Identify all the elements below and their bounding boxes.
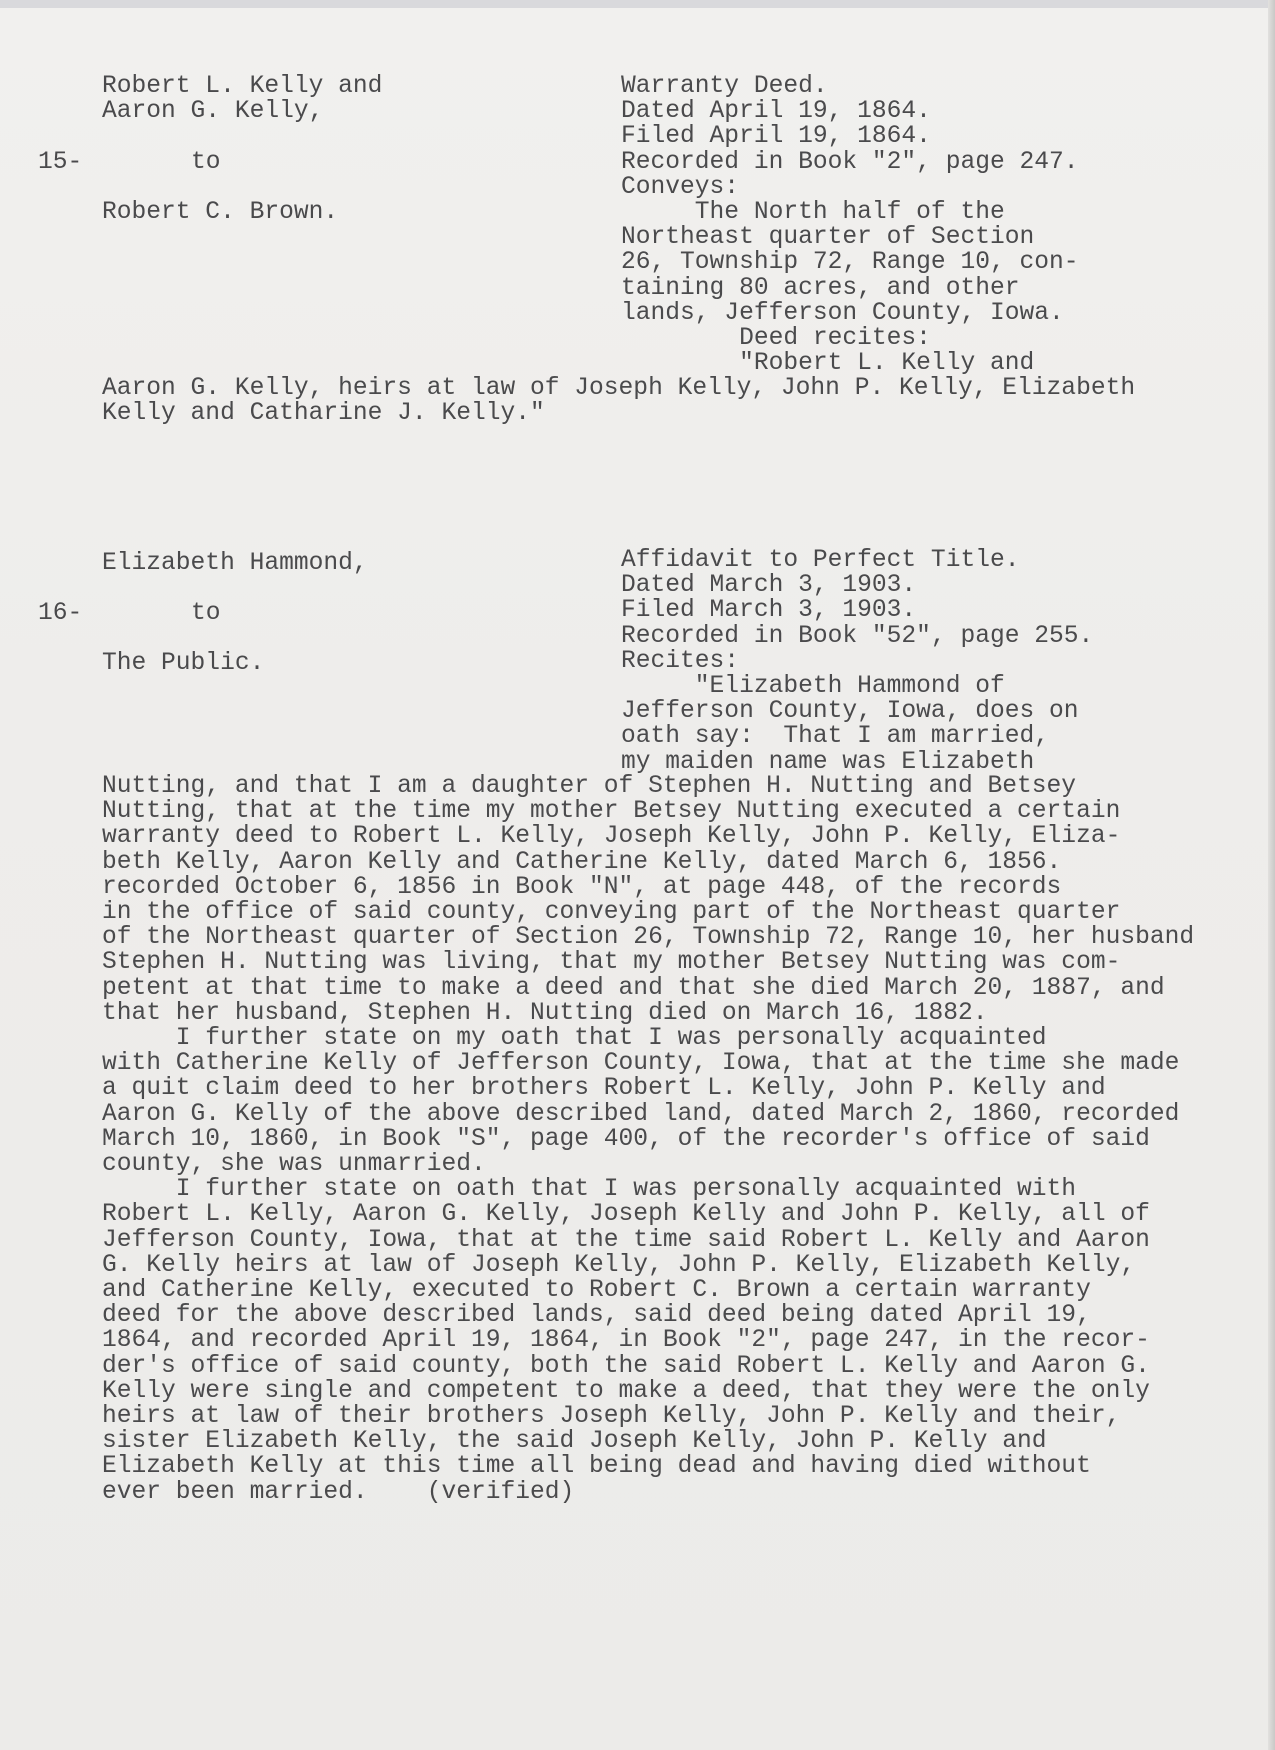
text-line: that her husband, Stephen H. Nutting die…	[102, 1001, 1194, 1026]
entry-number: 15-	[38, 150, 82, 175]
instrument-details: Warranty Deed.Dated April 19, 1864.Filed…	[621, 74, 1079, 376]
grantee: Robert C. Brown.	[102, 200, 338, 225]
text-line: Jefferson County, Iowa, does on	[621, 699, 1093, 724]
text-line: Recites:	[621, 649, 1093, 674]
text-line: I further state on oath that I was perso…	[102, 1177, 1194, 1202]
text-line: of the Northeast quarter of Section 26, …	[102, 925, 1194, 950]
grantor-block: Robert L. Kelly and Aaron G. Kelly,	[102, 74, 382, 124]
text-line: Recorded in Book "2", page 247.	[621, 150, 1079, 175]
text-line: Filed April 19, 1864.	[621, 124, 1079, 149]
text-line: beth Kelly, Aaron Kelly and Catherine Ke…	[102, 850, 1194, 875]
text-line: a quit claim deed to her brothers Robert…	[102, 1076, 1194, 1101]
text-line: Recorded in Book "52", page 255.	[621, 624, 1093, 649]
text-line: The North half of the	[621, 200, 1079, 225]
recital-continuation: Aaron G. Kelly, heirs at law of Joseph K…	[102, 376, 1135, 426]
text-line: heirs at law of their brothers Joseph Ke…	[102, 1404, 1194, 1429]
text-line: petent at that time to make a deed and t…	[102, 976, 1194, 1001]
affidavit-text: Nutting, and that I am a daughter of Ste…	[102, 774, 1194, 1505]
scan-top-shadow	[0, 0, 1275, 8]
text-line: my maiden name was Elizabeth	[621, 750, 1093, 775]
text-line: Dated April 19, 1864.	[621, 99, 1079, 124]
text-line: Affidavit to Perfect Title.	[621, 548, 1093, 573]
text-line: "Robert L. Kelly and	[621, 351, 1079, 376]
text-line: Filed March 3, 1903.	[621, 598, 1093, 623]
text-line: deed for the above described lands, said…	[102, 1303, 1194, 1328]
text-line: Jefferson County, Iowa, that at the time…	[102, 1228, 1194, 1253]
text-line: 1864, and recorded April 19, 1864, in Bo…	[102, 1328, 1194, 1353]
entry-number: 16-	[38, 601, 82, 626]
grantor-line: Elizabeth Hammond,	[102, 551, 368, 576]
text-line: Aaron G. Kelly of the above described la…	[102, 1102, 1194, 1127]
text-line: Deed recites:	[621, 326, 1079, 351]
text-line: Elizabeth Kelly at this time all being d…	[102, 1454, 1194, 1479]
scan-right-edge	[1268, 0, 1275, 1750]
text-line: recorded October 6, 1856 in Book "N", at…	[102, 875, 1194, 900]
text-line: with Catherine Kelly of Jefferson County…	[102, 1051, 1194, 1076]
to-label: to	[191, 150, 221, 175]
text-line: "Elizabeth Hammond of	[621, 674, 1093, 699]
text-line: county, she was unmarried.	[102, 1152, 1194, 1177]
text-line: Nutting, that at the time my mother Bets…	[102, 799, 1194, 824]
text-line: March 10, 1860, in Book "S", page 400, o…	[102, 1127, 1194, 1152]
text-line: and Catherine Kelly, executed to Robert …	[102, 1278, 1194, 1303]
text-line: Warranty Deed.	[621, 74, 1079, 99]
text-line: Aaron G. Kelly, heirs at law of Joseph K…	[102, 376, 1135, 401]
text-line: oath say: That I am married,	[621, 724, 1093, 749]
text-line: G. Kelly heirs at law of Joseph Kelly, J…	[102, 1253, 1194, 1278]
text-line: in the office of said county, conveying …	[102, 900, 1194, 925]
text-line: Northeast quarter of Section	[621, 225, 1079, 250]
grantee: The Public.	[102, 651, 264, 676]
grantor-line: Robert L. Kelly and	[102, 74, 382, 99]
text-line: warranty deed to Robert L. Kelly, Joseph…	[102, 824, 1194, 849]
text-line: Conveys:	[621, 175, 1079, 200]
text-line: Stephen H. Nutting was living, that my m…	[102, 950, 1194, 975]
text-line: Nutting, and that I am a daughter of Ste…	[102, 774, 1194, 799]
instrument-details: Affidavit to Perfect Title.Dated March 3…	[621, 548, 1093, 775]
to-label: to	[191, 601, 221, 626]
text-line: lands, Jefferson County, Iowa.	[621, 301, 1079, 326]
text-line: I further state on my oath that I was pe…	[102, 1026, 1194, 1051]
text-line: 26, Township 72, Range 10, con-	[621, 250, 1079, 275]
text-line: Dated March 3, 1903.	[621, 573, 1093, 598]
grantor-line: Aaron G. Kelly,	[102, 99, 382, 124]
text-line: Robert L. Kelly, Aaron G. Kelly, Joseph …	[102, 1202, 1194, 1227]
text-line: taining 80 acres, and other	[621, 276, 1079, 301]
text-line: sister Elizabeth Kelly, the said Joseph …	[102, 1429, 1194, 1454]
text-line: Kelly and Catharine J. Kelly."	[102, 401, 1135, 426]
text-line: Kelly were single and competent to make …	[102, 1379, 1194, 1404]
text-line: der's office of said county, both the sa…	[102, 1354, 1194, 1379]
text-line: ever been married. (verified)	[102, 1480, 1194, 1505]
